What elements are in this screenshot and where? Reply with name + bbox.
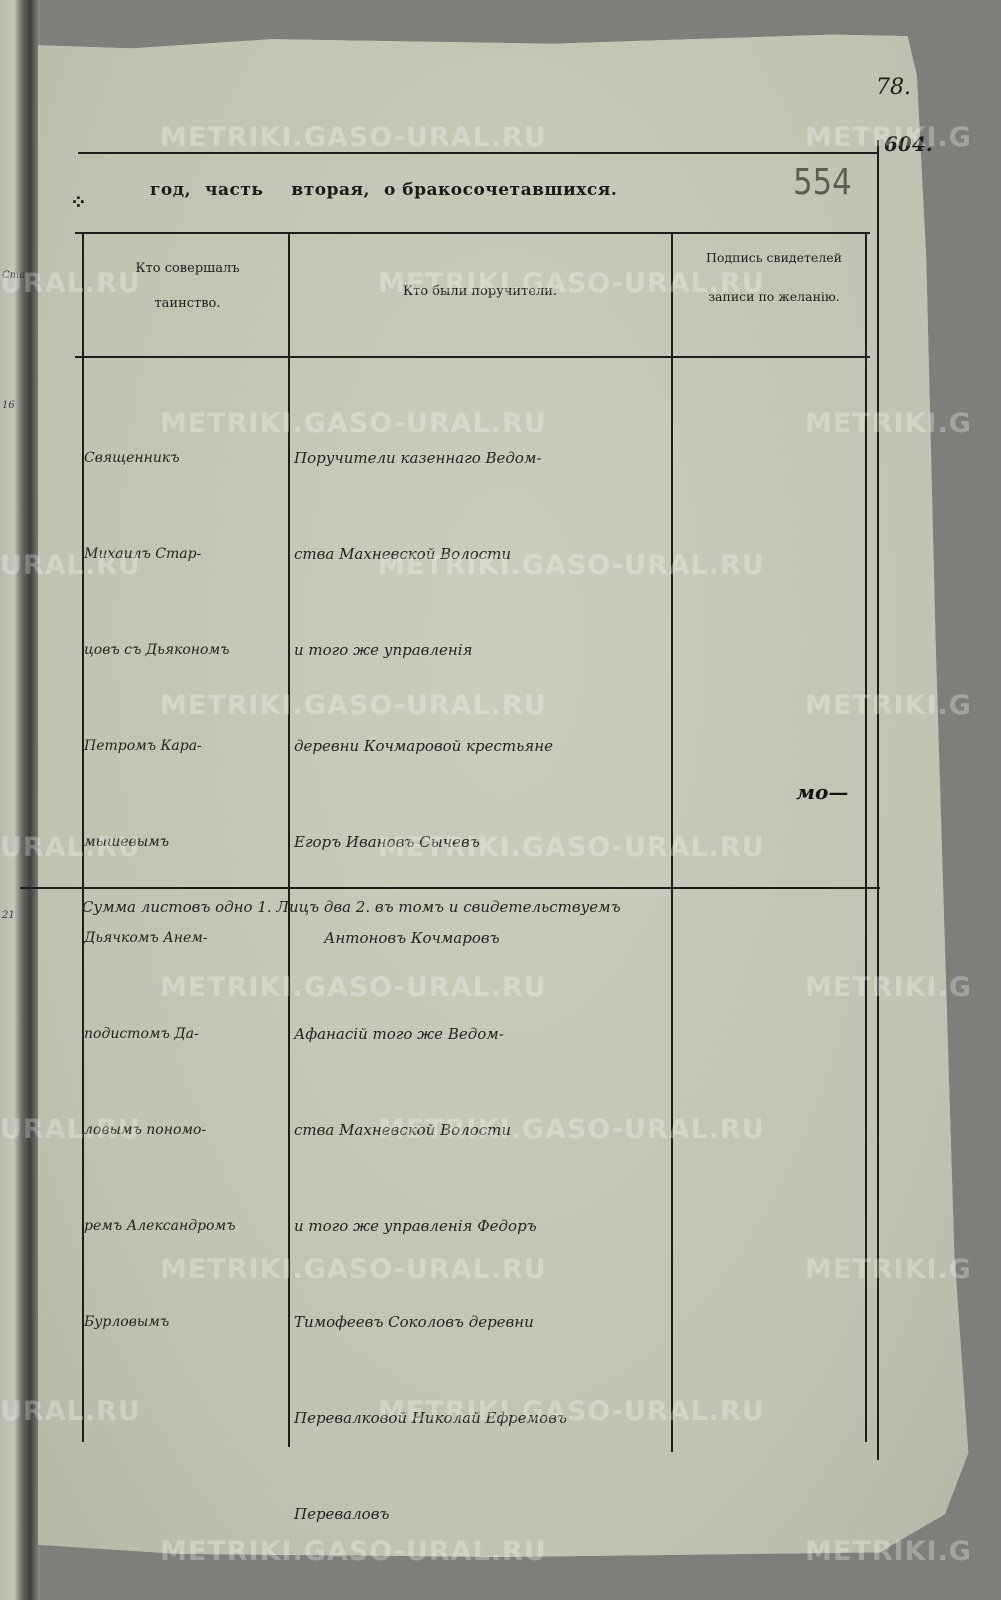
watermark: METRIKI.G bbox=[805, 1536, 972, 1567]
watermark: METRIKI.G bbox=[805, 122, 972, 153]
watermark: METRIKI.GASO-URAL.RU bbox=[378, 268, 765, 299]
watermark: METRIKI.G bbox=[805, 1254, 972, 1285]
title-part: часть bbox=[205, 180, 263, 200]
watermark: METRIKI.GASO-URAL.RU bbox=[160, 972, 547, 1003]
title-prefix: год, bbox=[150, 180, 191, 200]
officiant-text: Священникъ Михаилъ Стар- цовъ съ Дьяконо… bbox=[84, 378, 235, 1370]
entry-separator-rule bbox=[20, 887, 880, 889]
watermark: METRIKI.G bbox=[805, 408, 972, 439]
archive-number: 554 bbox=[793, 162, 851, 203]
header-bottom-rule bbox=[75, 356, 870, 358]
watermark: URAL.RU bbox=[0, 832, 141, 863]
watermark: URAL.RU bbox=[0, 268, 141, 299]
margin-note: 21 bbox=[2, 910, 15, 921]
summary-line: Сумма листовъ одно 1. Лицъ два 2. въ том… bbox=[82, 898, 621, 916]
title-ordinal: вторая, bbox=[291, 180, 370, 200]
folio-number-upper: 78. bbox=[876, 75, 911, 100]
watermark: METRIKI.GASO-URAL.RU bbox=[378, 832, 765, 863]
watermark: METRIKI.G bbox=[805, 972, 972, 1003]
watermark: METRIKI.GASO-URAL.RU bbox=[378, 1114, 765, 1145]
page-title: год,частьвторая,о бракосочетавшихся. bbox=[150, 180, 617, 200]
watermark: METRIKI.GASO-URAL.RU bbox=[378, 1396, 765, 1427]
watermark: METRIKI.GASO-URAL.RU bbox=[378, 550, 765, 581]
watermark: METRIKI.GASO-URAL.RU bbox=[160, 122, 547, 153]
leading-marks: ⁘ bbox=[70, 190, 87, 214]
watermark: URAL.RU bbox=[0, 550, 141, 581]
watermark: METRIKI.GASO-URAL.RU bbox=[160, 690, 547, 721]
witness-signature: мо— bbox=[796, 780, 848, 804]
watermark: URAL.RU bbox=[0, 1114, 141, 1145]
adjacent-page-edge bbox=[0, 0, 40, 1600]
watermark: METRIKI.GASO-URAL.RU bbox=[160, 408, 547, 439]
header-top-rule bbox=[75, 232, 870, 234]
watermark: METRIKI.GASO-URAL.RU bbox=[160, 1536, 547, 1567]
watermark: METRIKI.GASO-URAL.RU bbox=[160, 1254, 547, 1285]
watermark: URAL.RU bbox=[0, 1396, 141, 1427]
title-subject: о бракосочетавшихся. bbox=[384, 180, 617, 200]
margin-note: 16 bbox=[2, 400, 15, 411]
watermark: METRIKI.G bbox=[805, 690, 972, 721]
